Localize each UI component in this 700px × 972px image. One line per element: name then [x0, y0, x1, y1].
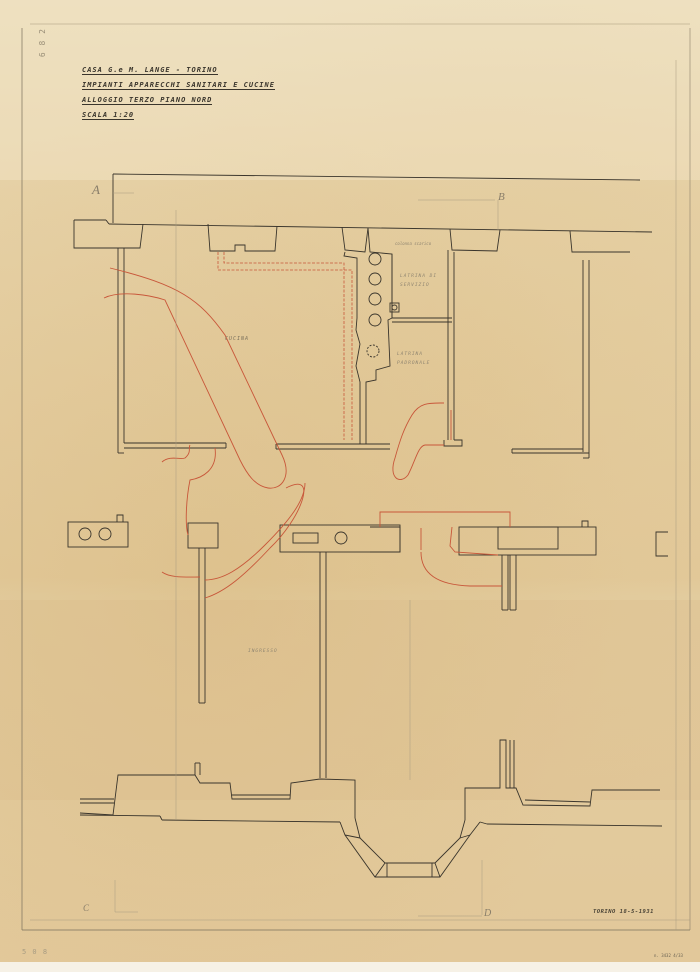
section-mark-d: D — [484, 908, 491, 919]
drawing-date: TORINO 18-5-1931 — [593, 909, 654, 915]
room-label-wc2: LATRINA PADRONALE — [397, 350, 441, 368]
floor-plan — [0, 0, 700, 972]
room-label-hall: INGRESSO — [248, 649, 278, 654]
corner-note: n. 3432 4/33 — [654, 953, 683, 958]
room-label-pipe-note: colonna scarico — [395, 241, 431, 246]
section-mark-c: C — [83, 903, 89, 913]
room-label-service-wc: LATRINA DI SERVIZIO — [400, 272, 440, 290]
archive-number-bottom: 5 0 8 — [22, 948, 48, 956]
room-label-kitchen: CUCINA — [225, 336, 249, 342]
section-mark-a: A — [92, 182, 100, 198]
section-mark-b: B — [498, 191, 505, 203]
